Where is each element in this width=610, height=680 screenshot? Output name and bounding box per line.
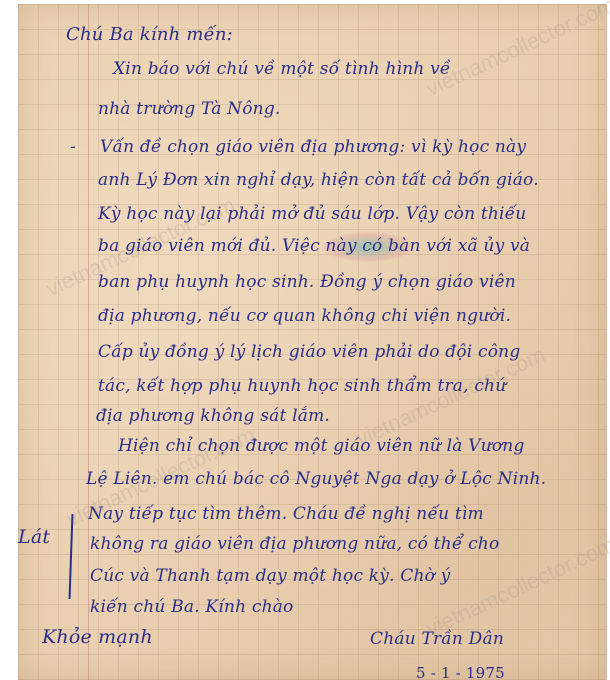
letter-line: anh Lý Đơn xin nghỉ dạy, hiện còn tất cả…	[98, 170, 539, 190]
letter-line: Vấn đề chọn giáo viên địa phương: vì kỳ …	[100, 137, 526, 157]
salutation: Chú Ba kính mến:	[66, 24, 233, 45]
letter-paper: vietnamcollector.com vietnamcollector.co…	[18, 4, 607, 680]
letter-line: Kỳ học này lại phải mở đủ sáu lớp. Vậy c…	[98, 204, 526, 224]
letter-line: Hiện chỉ chọn được một giáo viên nữ là V…	[118, 436, 525, 456]
letter-line: Xin báo với chú về một số tình hình về	[113, 59, 451, 79]
letter-line: Cúc và Thanh tạm dạy một học kỳ. Chờ ý	[90, 566, 450, 586]
letter-line: ban phụ huynh học sinh. Đồng ý chọn giáo…	[98, 272, 516, 292]
margin-bracket	[69, 514, 74, 599]
closing: Khỏe mạnh	[42, 626, 153, 648]
letter-line: kiến chú Ba. Kính chào	[90, 597, 294, 617]
letter-line: Nay tiếp tục tìm thêm. Cháu đề nghị nếu …	[88, 504, 484, 524]
letter-line: không ra giáo viên địa phương nữa, có th…	[90, 534, 499, 554]
letter-line: tác, kết hợp phụ huynh học sinh thẩm tra…	[98, 376, 506, 396]
letter-line: Lệ Liên. em chú bác cô Nguyệt Nga dạy ở …	[86, 469, 546, 489]
letter-line: Cấp ủy đồng ý lý lịch giáo viên phải do …	[98, 342, 520, 362]
letter-line: địa phương, nếu cơ quan không chi viện n…	[98, 306, 511, 326]
bullet-dash: -	[70, 137, 76, 157]
letter-line: ba giáo viên mới đủ. Việc này có bàn với…	[98, 236, 530, 256]
letter-line: địa phương không sát lắm.	[96, 406, 330, 426]
signature: Cháu Trần Dân	[370, 629, 504, 649]
watermark: vietnamcollector.com	[422, 0, 610, 102]
letter-line: nhà trường Tà Nông.	[98, 99, 281, 119]
margin-note: Lát	[18, 526, 50, 548]
date: 5 - 1 - 1975	[416, 664, 505, 680]
